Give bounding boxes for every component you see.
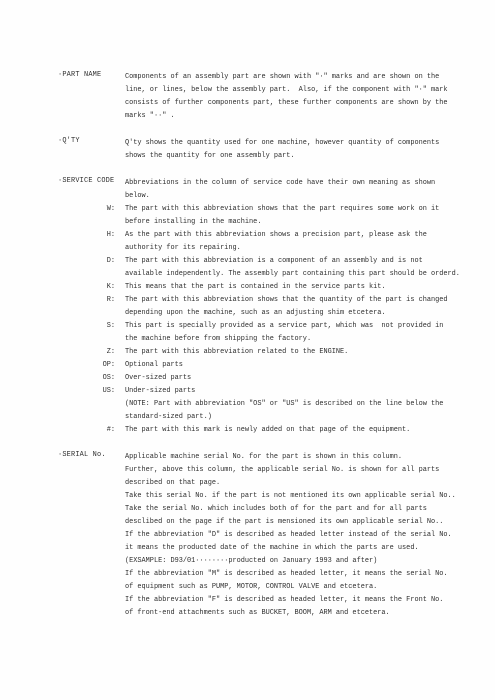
section-label: ·SERVICE CODE (58, 177, 114, 185)
text-line: The part with this abbreviation shows th… (125, 294, 448, 307)
service-code-key: OS: (98, 372, 115, 385)
service-code-key: Z: (98, 346, 115, 359)
text-line: The part with this mark is newly added o… (125, 424, 410, 437)
paragraph-lines: Under-sized parts(NOTE: Part with abbrev… (125, 385, 443, 424)
paragraph-lines: Q'ty shows the quantity used for one mac… (125, 137, 439, 163)
text-line: (EXSAMPLE: D93/01········producted on Ja… (125, 555, 456, 568)
text-line: (NOTE: Part with abbreviation "OS" or "U… (125, 398, 443, 411)
text-line: described on that page. (125, 477, 456, 490)
text-line: As the part with this abbreviation shows… (125, 229, 427, 242)
text-line: Components of an assembly part are shown… (125, 71, 448, 84)
text-line: Over-sized parts (125, 372, 191, 385)
text-line: available independently. The assembly pa… (125, 268, 460, 281)
paragraph-lines: This part is specially provided as a ser… (125, 320, 443, 346)
service-code-key: K: (98, 281, 115, 294)
text-line: Optional parts (125, 359, 183, 372)
paragraph: S:This part is specially provided as a s… (98, 320, 468, 346)
paragraph: Q'ty shows the quantity used for one mac… (98, 137, 468, 163)
paragraph: Abbreviations in the column of service c… (98, 177, 468, 203)
text-line: below. (125, 190, 435, 203)
service-code-key (98, 137, 115, 150)
text-line: Take the serial No. which includes both … (125, 503, 456, 516)
service-code-key: US: (98, 385, 115, 398)
paragraph-lines: The part with this abbreviation shows th… (125, 203, 439, 229)
text-line: of equipment such as PUMP, MOTOR, CONTRO… (125, 581, 456, 594)
text-line: authority for its repairing. (125, 242, 427, 255)
service-code-key: #: (98, 424, 115, 437)
paragraph-lines: The part with this mark is newly added o… (125, 424, 410, 437)
paragraph: Applicable machine serial No. for the pa… (98, 451, 468, 620)
text-line: Abbreviations in the column of service c… (125, 177, 435, 190)
paragraph: #:The part with this mark is newly added… (98, 424, 468, 437)
text-line: consists of further components part, the… (125, 97, 448, 110)
paragraph: R:The part with this abbreviation shows … (98, 294, 468, 320)
paragraph-lines: The part with this abbreviation is a com… (125, 255, 460, 281)
paragraph-lines: As the part with this abbreviation shows… (125, 229, 427, 255)
text-line: Q'ty shows the quantity used for one mac… (125, 137, 439, 150)
text-line: Under-sized parts (125, 385, 443, 398)
paragraph: OP:Optional parts (98, 359, 468, 372)
text-line: Applicable machine serial No. for the pa… (125, 451, 456, 464)
text-line: The part with this abbreviation related … (125, 346, 348, 359)
paragraph: Z:The part with this abbreviation relate… (98, 346, 468, 359)
section: ·Q'TYQ'ty shows the quantity used for on… (58, 137, 468, 163)
section-content: Q'ty shows the quantity used for one mac… (98, 137, 468, 163)
section-content: Applicable machine serial No. for the pa… (98, 451, 468, 620)
section: ·SERVICE CODEAbbreviations in the column… (58, 177, 468, 437)
paragraph: H:As the part with this abbreviation sho… (98, 229, 468, 255)
section-content: Abbreviations in the column of service c… (98, 177, 468, 437)
text-line: Further, above this column, the applicab… (125, 464, 456, 477)
paragraph-lines: Components of an assembly part are shown… (125, 71, 448, 123)
text-line: desclibed on the page if the part is men… (125, 516, 456, 529)
text-line: it means the producted date of the machi… (125, 542, 456, 555)
text-line: standard-sized part.) (125, 411, 443, 424)
service-code-key: D: (98, 255, 115, 268)
text-line: If the abbreviation "M" is described as … (125, 568, 456, 581)
text-line: of front-end attachments such as BUCKET,… (125, 607, 456, 620)
text-line: Take this serial No. if the part is not … (125, 490, 456, 503)
section-content: Components of an assembly part are shown… (98, 71, 468, 123)
text-line: The part with this abbreviation is a com… (125, 255, 460, 268)
paragraph: K:This means that the part is contained … (98, 281, 468, 294)
service-code-key: OP: (98, 359, 115, 372)
paragraph-lines: The part with this abbreviation shows th… (125, 294, 448, 320)
manual-page: ·PART NAMEComponents of an assembly part… (0, 0, 495, 700)
text-line: line, or lines, below the assembly part.… (125, 84, 448, 97)
service-code-key: H: (98, 229, 115, 242)
section: ·SERIAL No.Applicable machine serial No.… (58, 451, 468, 620)
section-label: ·PART NAME (58, 71, 101, 79)
paragraph-lines: The part with this abbreviation related … (125, 346, 348, 359)
paragraph-lines: Over-sized parts (125, 372, 191, 385)
service-code-key: R: (98, 294, 115, 307)
document-body: ·PART NAMEComponents of an assembly part… (58, 71, 468, 634)
text-line: If the abbreviation "D" is described as … (125, 529, 456, 542)
text-line: If the abbreviation "F" is described as … (125, 594, 456, 607)
section-label: ·Q'TY (58, 137, 80, 145)
text-line: shows the quantity for one assembly part… (125, 150, 439, 163)
text-line: the machine before from shipping the fac… (125, 333, 443, 346)
paragraph-lines: Applicable machine serial No. for the pa… (125, 451, 456, 620)
section: ·PART NAMEComponents of an assembly part… (58, 71, 468, 123)
paragraph-lines: Abbreviations in the column of service c… (125, 177, 435, 203)
text-line: This means that the part is contained in… (125, 281, 386, 294)
section-label: ·SERIAL No. (58, 451, 106, 459)
paragraph: OS:Over-sized parts (98, 372, 468, 385)
service-code-key: W: (98, 203, 115, 216)
paragraph-lines: This means that the part is contained in… (125, 281, 386, 294)
paragraph: Components of an assembly part are shown… (98, 71, 468, 123)
service-code-key: S: (98, 320, 115, 333)
paragraph: D:The part with this abbreviation is a c… (98, 255, 468, 281)
paragraph-lines: Optional parts (125, 359, 183, 372)
text-line: The part with this abbreviation shows th… (125, 203, 439, 216)
text-line: marks "··" . (125, 110, 448, 123)
text-line: This part is specially provided as a ser… (125, 320, 443, 333)
paragraph: US:Under-sized parts(NOTE: Part with abb… (98, 385, 468, 424)
text-line: before installing in the machine. (125, 216, 439, 229)
paragraph: W:The part with this abbreviation shows … (98, 203, 468, 229)
text-line: depending upon the machine, such as an a… (125, 307, 448, 320)
